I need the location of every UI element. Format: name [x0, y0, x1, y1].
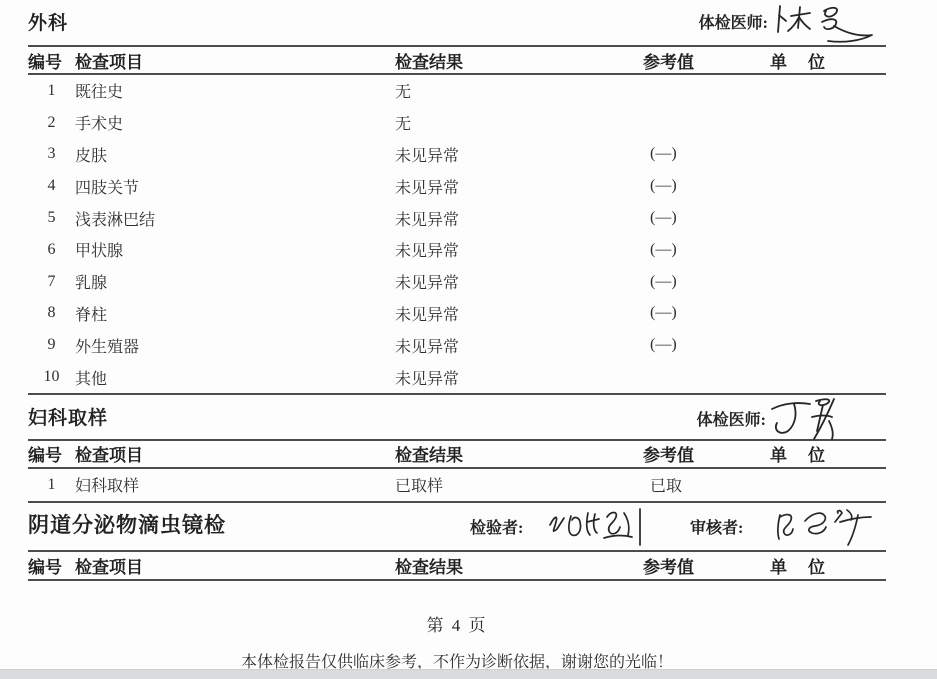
cell-no: 1	[28, 476, 75, 494]
cell-ref: (—)	[643, 304, 770, 322]
cell-result: 未见异常	[395, 175, 643, 198]
column-header-result: 检查结果	[395, 48, 643, 73]
cell-ref: (—)	[643, 209, 770, 227]
section-title-vaginal-smear: 阴道分泌物滴虫镜检	[28, 509, 226, 539]
doctor-signature-icon	[770, 2, 920, 46]
table-row: 4 四肢关节 未见异常 (—)	[28, 170, 886, 202]
cell-no: 7	[28, 273, 75, 291]
column-header-result: 检查结果	[395, 441, 643, 466]
table-row: 8 脊柱 未见异常 (—)	[28, 298, 886, 330]
table-body-gyn-sampling: 1 妇科取样 已取样 已取	[28, 469, 886, 503]
column-header-unit: 单 位	[770, 441, 886, 466]
table-row: 1 妇科取样 已取样 已取	[28, 469, 886, 501]
cell-ref: (—)	[643, 336, 770, 354]
reviewer-label: 审核者:	[690, 515, 743, 538]
reviewer-signature-icon	[772, 505, 887, 549]
column-header-ref: 参考值	[643, 553, 770, 578]
doctor-label-surgery: 体检医师:	[699, 10, 768, 33]
column-header-unit: 单 位	[770, 48, 886, 73]
table-row: 2 手术史 无	[28, 107, 886, 139]
cell-result: 未见异常	[395, 238, 643, 261]
cell-no: 10	[28, 368, 75, 386]
examiner-label: 检验者:	[470, 515, 523, 538]
column-header-no: 编号	[28, 553, 75, 578]
cell-item: 甲状腺	[75, 238, 395, 261]
table-row: 7 乳腺 未见异常 (—)	[28, 266, 886, 298]
cell-no: 4	[28, 177, 75, 195]
scan-edge-strip	[0, 669, 937, 679]
column-header-item: 检查项目	[75, 48, 395, 73]
cell-no: 8	[28, 304, 75, 322]
cell-item: 四肢关节	[75, 175, 395, 198]
cell-no: 2	[28, 114, 75, 132]
cell-item: 皮肤	[75, 143, 395, 166]
medical-report-page: 外科 体检医师: 编号 检查项目 检查结果 参	[0, 0, 937, 679]
cell-ref: (—)	[643, 273, 770, 291]
cell-item: 脊柱	[75, 302, 395, 325]
section-gyn-sampling-header: 妇科取样 体检医师:	[28, 395, 886, 439]
section-title-surgery: 外科	[28, 8, 68, 35]
table-header-gyn-sampling: 编号 检查项目 检查结果 参考值 单 位	[28, 439, 886, 469]
doctor-label-gyn-sampling: 体检医师:	[697, 407, 766, 430]
table-header-surgery: 编号 检查项目 检查结果 参考值 单 位	[28, 45, 886, 75]
page-number: 第 4 页	[28, 611, 886, 636]
cell-result: 未见异常	[395, 207, 643, 230]
table-row: 10 其他 未见异常	[28, 361, 886, 393]
table-row: 3 皮肤 未见异常 (—)	[28, 139, 886, 171]
column-header-no: 编号	[28, 48, 75, 73]
cell-ref: (—)	[643, 177, 770, 195]
table-row: 6 甲状腺 未见异常 (—)	[28, 234, 886, 266]
cell-item: 外生殖器	[75, 334, 395, 357]
table-row: 1 既往史 无	[28, 75, 886, 107]
examiner-signature-icon	[544, 505, 662, 549]
column-header-item: 检查项目	[75, 553, 395, 578]
cell-no: 9	[28, 336, 75, 354]
cell-result: 已取样	[395, 473, 643, 496]
cell-result: 无	[395, 79, 643, 102]
cell-no: 5	[28, 209, 75, 227]
column-header-item: 检查项目	[75, 441, 395, 466]
table-row: 9 外生殖器 未见异常 (—)	[28, 329, 886, 361]
column-header-ref: 参考值	[643, 48, 770, 73]
table-body-surgery: 1 既往史 无 2 手术史 无 3 皮肤 未见异常 (—) 4	[28, 75, 886, 395]
report-content: 外科 体检医师: 编号 检查项目 检查结果 参	[28, 0, 886, 672]
column-header-no: 编号	[28, 441, 75, 466]
section-vaginal-smear-header: 阴道分泌物滴虫镜检 检验者: 审核者:	[28, 503, 886, 550]
cell-result: 未见异常	[395, 270, 643, 293]
column-header-unit: 单 位	[770, 553, 886, 578]
table-row: 5 浅表淋巴结 未见异常 (—)	[28, 202, 886, 234]
page-footer: 第 4 页 本体检报告仅供临床参考，不作为诊断依据，谢谢您的光临！	[28, 611, 886, 672]
column-header-ref: 参考值	[643, 441, 770, 466]
cell-item: 乳腺	[75, 270, 395, 293]
cell-result: 未见异常	[395, 366, 643, 389]
cell-item: 妇科取样	[75, 473, 395, 496]
cell-item: 浅表淋巴结	[75, 207, 395, 230]
section-surgery-header: 外科 体检医师:	[28, 0, 886, 45]
cell-no: 1	[28, 82, 75, 100]
cell-result: 未见异常	[395, 334, 643, 357]
cell-ref: 已取	[643, 473, 770, 496]
cell-no: 3	[28, 145, 75, 163]
cell-result: 未见异常	[395, 143, 643, 166]
cell-no: 6	[28, 241, 75, 259]
cell-result: 无	[395, 111, 643, 134]
cell-ref: (—)	[643, 145, 770, 163]
cell-item: 其他	[75, 366, 395, 389]
column-header-result: 检查结果	[395, 553, 643, 578]
section-title-gyn-sampling: 妇科取样	[28, 403, 108, 430]
cell-result: 未见异常	[395, 302, 643, 325]
doctor-signature-icon	[766, 395, 858, 443]
cell-item: 既往史	[75, 79, 395, 102]
cell-ref: (—)	[643, 241, 770, 259]
cell-item: 手术史	[75, 111, 395, 134]
table-header-vaginal-smear: 编号 检查项目 检查结果 参考值 单 位	[28, 550, 886, 581]
